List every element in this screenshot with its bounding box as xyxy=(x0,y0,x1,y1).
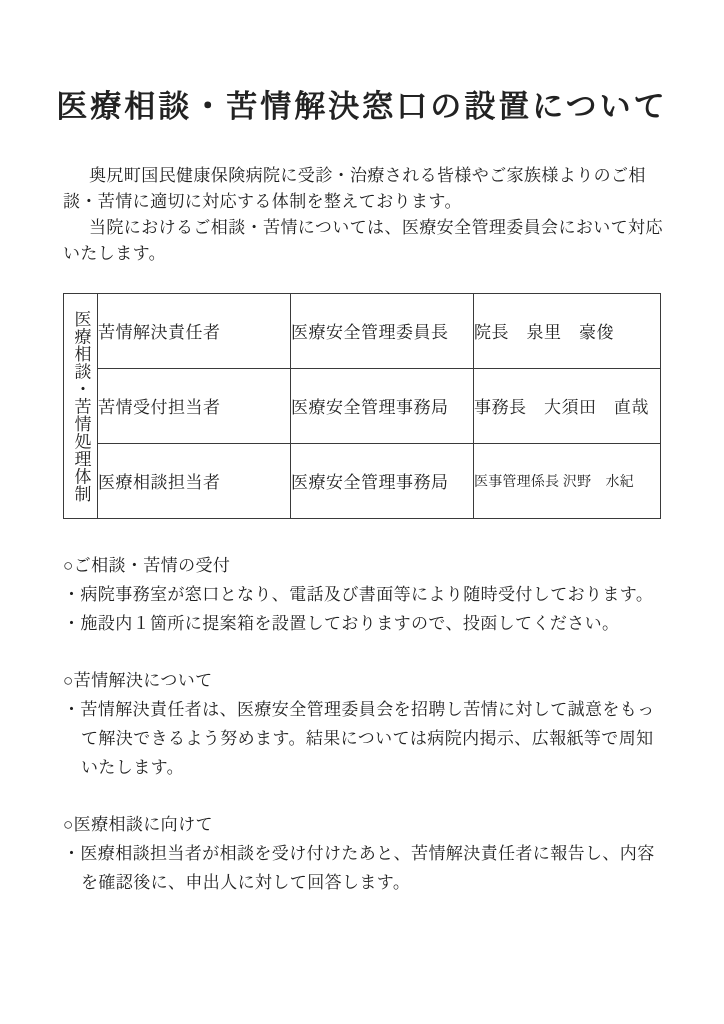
table-row: 医療相談担当者 医療安全管理事務局 医事管理係長 沢野 水紀 xyxy=(64,443,661,518)
role-cell: 医療相談担当者 xyxy=(98,443,291,518)
bullet-item: ・苦情解決責任者は、医療安全管理委員会を招聘し苦情に対して誠意をもっ て解決でき… xyxy=(63,695,669,782)
department-cell: 医療安全管理事務局 xyxy=(291,368,474,443)
person-cell: 事務長 大須田 直哉 xyxy=(474,368,661,443)
document-page: 医療相談・苦情解決窓口の設置について 奥尻町国民健康保険病院に受診・治療される皆… xyxy=(0,0,724,1024)
bullet-item: ・施設内１箇所に提案箱を設置しておりますので、投函してください。 xyxy=(63,609,669,638)
person-cell: 医事管理係長 沢野 水紀 xyxy=(474,443,661,518)
bullet-item: ・医療相談担当者が相談を受け付けたあと、苦情解決責任者に報告し、内容 を確認後に… xyxy=(63,839,669,897)
body-sections: ○ご相談・苦情の受付 ・病院事務室が窓口となり、電話及び書面等により随時受付して… xyxy=(63,551,669,897)
intro-paragraphs: 奥尻町国民健康保険病院に受診・治療される皆様やご家族様よりのご相 談・苦情に適切… xyxy=(63,163,669,267)
role-cell: 苦情解決責任者 xyxy=(98,293,291,368)
department-cell: 医療安全管理委員長 xyxy=(291,293,474,368)
section-complaint-resolution: ○苦情解決について ・苦情解決責任者は、医療安全管理委員会を招聘し苦情に対して誠… xyxy=(63,666,669,782)
consultation-system-table: 医療相談・苦情処理体制 苦情解決責任者 医療安全管理委員長 院長 泉里 豪俊 苦… xyxy=(63,293,661,519)
table-vertical-header: 医療相談・苦情処理体制 xyxy=(64,293,98,518)
section-heading: ○ご相談・苦情の受付 xyxy=(63,551,669,580)
section-reception: ○ご相談・苦情の受付 ・病院事務室が窓口となり、電話及び書面等により随時受付して… xyxy=(63,551,669,638)
section-heading: ○苦情解決について xyxy=(63,666,669,695)
intro-paragraph-1: 奥尻町国民健康保険病院に受診・治療される皆様やご家族様よりのご相 談・苦情に適切… xyxy=(63,163,669,215)
role-cell: 苦情受付担当者 xyxy=(98,368,291,443)
bullet-item: ・病院事務室が窓口となり、電話及び書面等により随時受付しております。 xyxy=(63,580,669,609)
person-cell: 院長 泉里 豪俊 xyxy=(474,293,661,368)
department-cell: 医療安全管理事務局 xyxy=(291,443,474,518)
table-row: 苦情受付担当者 医療安全管理事務局 事務長 大須田 直哉 xyxy=(64,368,661,443)
intro-paragraph-2: 当院におけるご相談・苦情については、医療安全管理委員会において対応 いたします。 xyxy=(63,215,669,267)
table-row: 医療相談・苦情処理体制 苦情解決責任者 医療安全管理委員長 院長 泉里 豪俊 xyxy=(64,293,661,368)
page-title: 医療相談・苦情解決窓口の設置について xyxy=(0,21,724,129)
section-medical-consultation: ○医療相談に向けて ・医療相談担当者が相談を受け付けたあと、苦情解決責任者に報告… xyxy=(63,810,669,897)
section-heading: ○医療相談に向けて xyxy=(63,810,669,839)
